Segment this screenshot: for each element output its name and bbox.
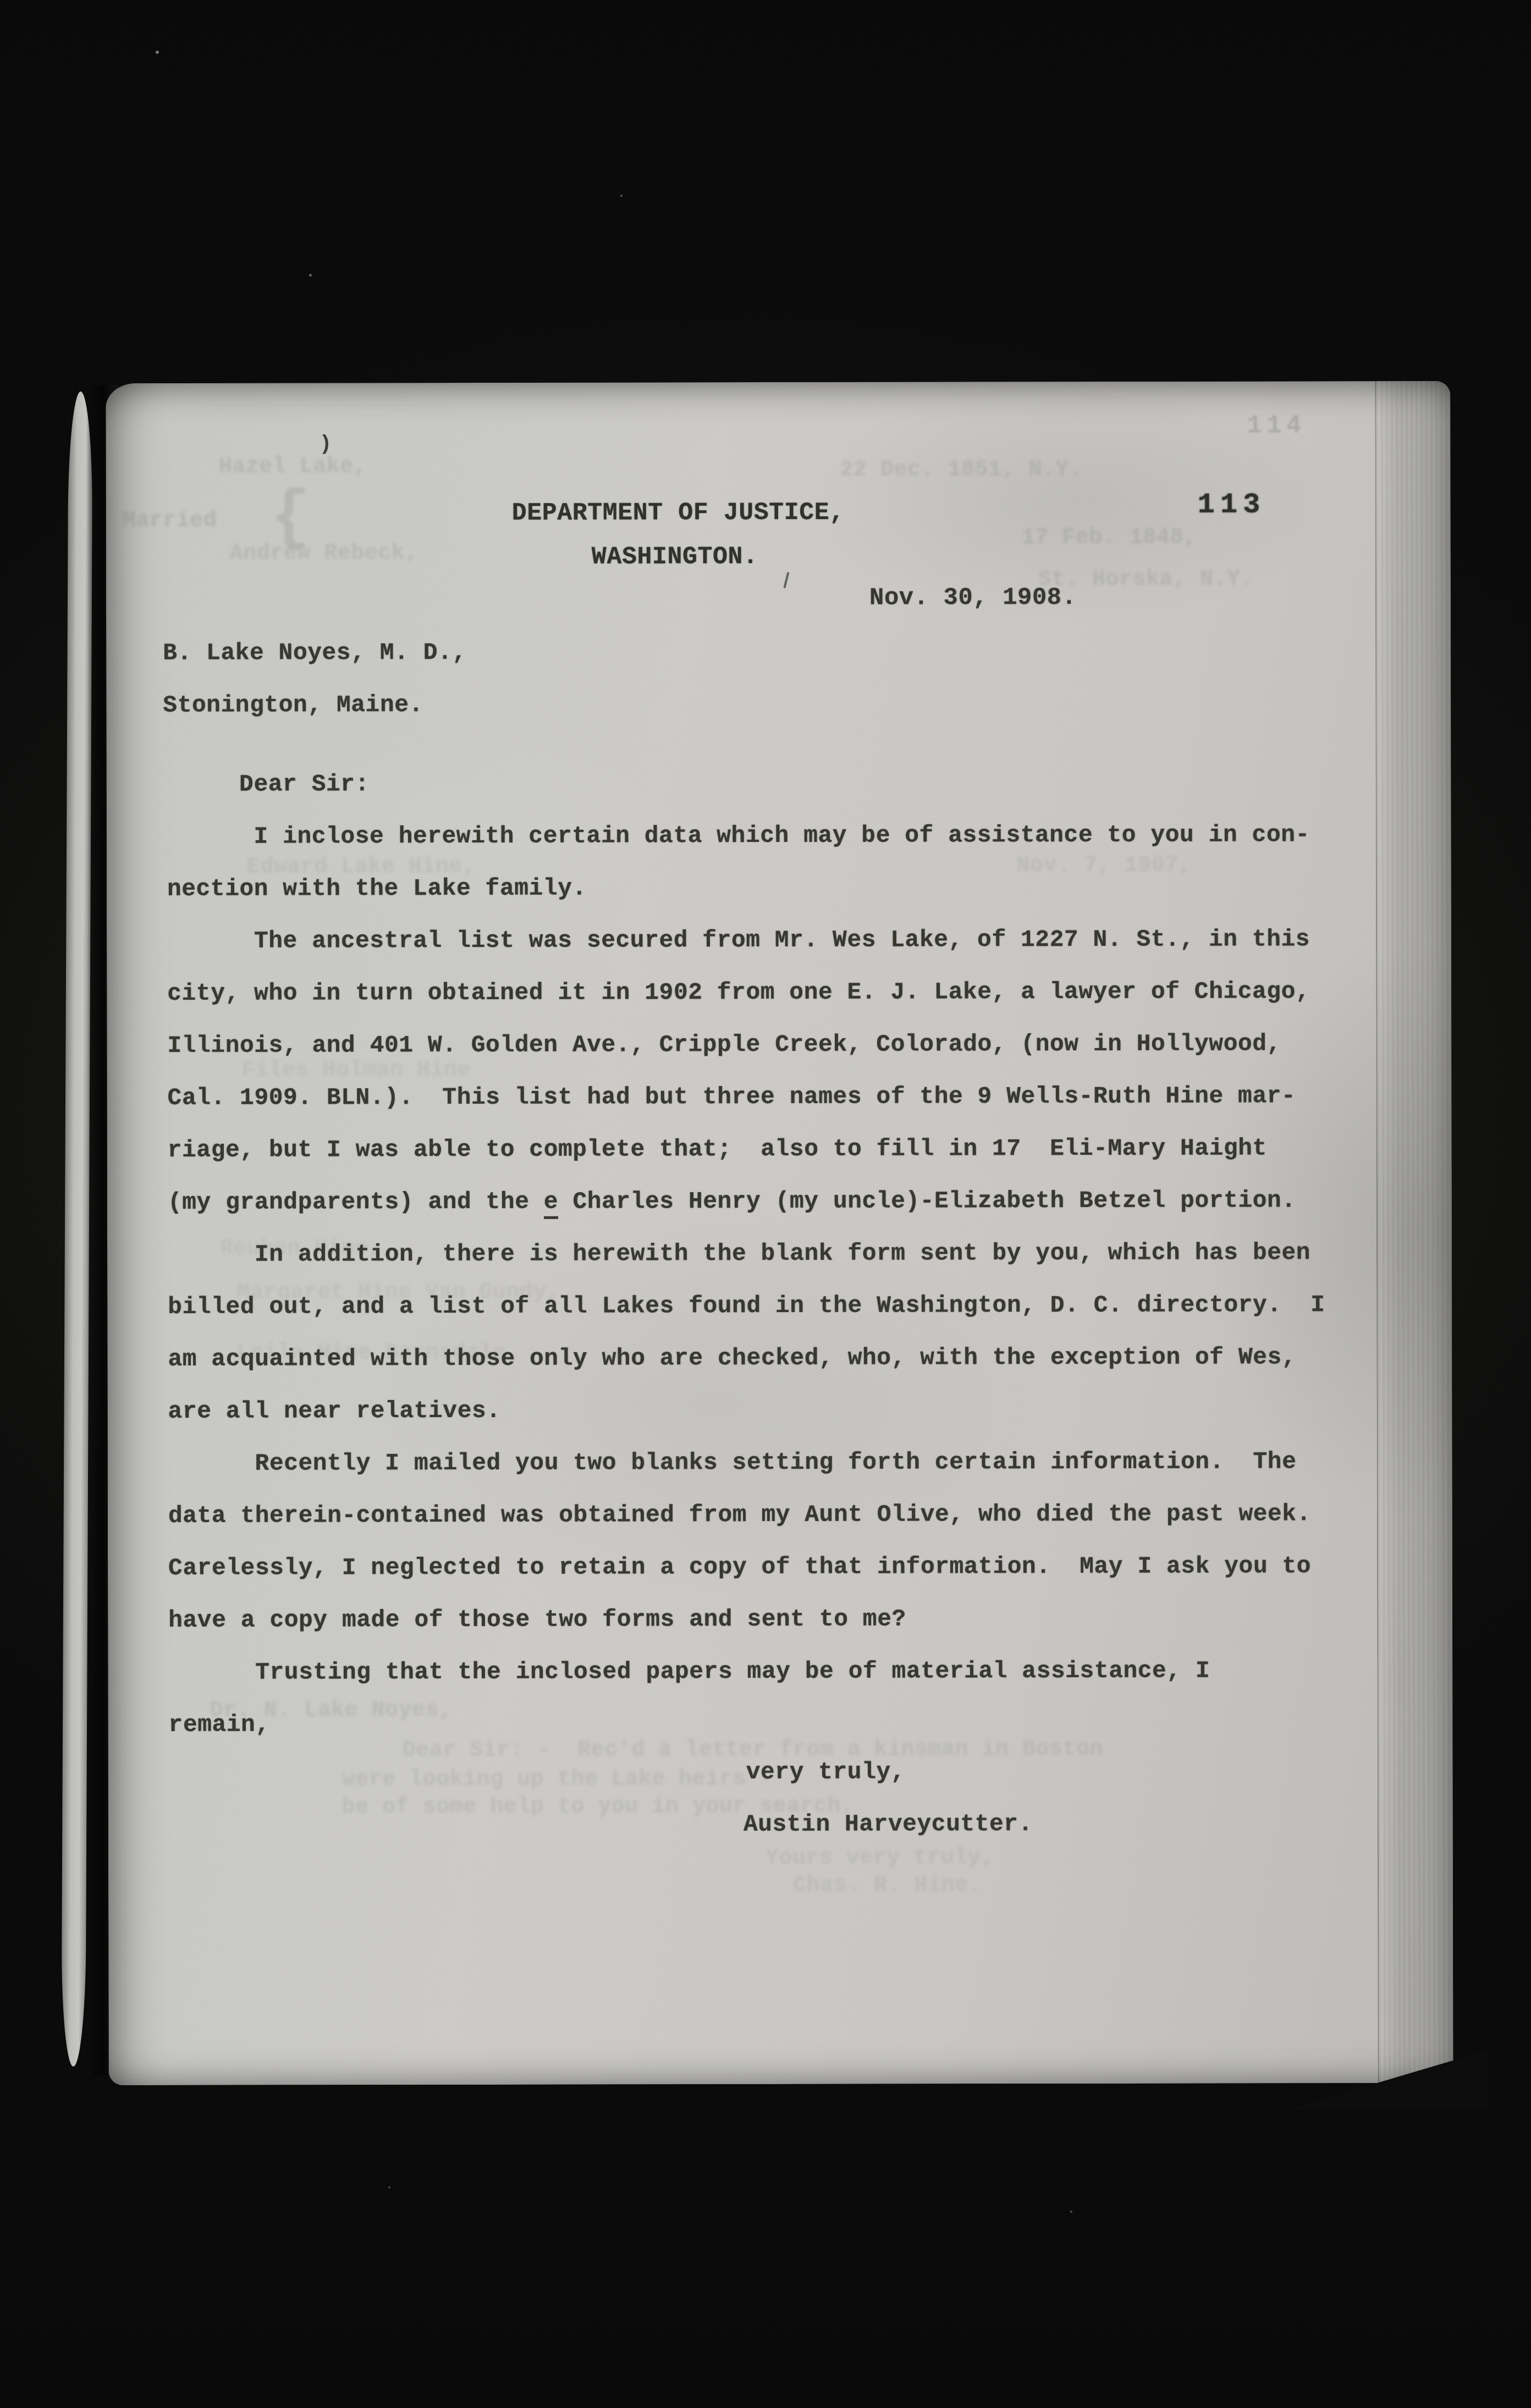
bleedthrough-text: were looking up the Lake heirs - <box>342 1767 773 1792</box>
dust-speck <box>309 274 312 277</box>
dust-speck <box>388 2186 390 2189</box>
letter-page: 114Hazel Lake,22 Dec. 1851, N.Y.{Married… <box>106 381 1453 2085</box>
dust-speck <box>156 51 159 54</box>
letterhead-line1: DEPARTMENT OF JUSTICE, <box>512 499 845 527</box>
body-line: Cal. 1909. BLN.). This list had but thre… <box>168 1082 1296 1117</box>
body-line: Carelessly, I neglected to retain a copy… <box>168 1552 1311 1588</box>
bleedthrough-text: 114 <box>1247 411 1306 440</box>
page-stack-edge <box>1375 381 1453 2083</box>
body-line: data therein-contained was obtained from… <box>168 1500 1311 1535</box>
body-line: remain, <box>169 1711 270 1744</box>
body-line: In addition, there is herewith the blank… <box>168 1239 1310 1274</box>
body-text: (my grandparents) and the <box>168 1188 544 1216</box>
page-number: 113 <box>1198 488 1266 521</box>
letterhead-line2: WASHINGTON. <box>592 543 758 571</box>
body-line: have a copy made of those two forms and … <box>168 1606 906 1640</box>
body-line: Dear Sir: <box>167 770 370 804</box>
underlined-text: e <box>544 1188 558 1219</box>
bleedthrough-text: Married <box>123 509 217 533</box>
recipient-address: Stonington, Maine. <box>163 691 423 719</box>
stray-paren-mark: ) <box>319 432 332 456</box>
scanned-book-photograph: { "document": { "page_number": "113", "g… <box>0 0 1531 2408</box>
body-line: billed out, and a list of all Lakes foun… <box>168 1291 1325 1326</box>
bleedthrough-text: Nov. 7, 1907, <box>1017 853 1192 879</box>
letter-body: Dear Sir: I inclose herewith certain dat… <box>167 769 1399 771</box>
bleedthrough-text: Yours very truly, <box>765 1845 995 1871</box>
body-line: nection with the Lake family. <box>167 875 587 908</box>
valediction: very truly, <box>746 1759 905 1786</box>
body-line: riage, but I was able to complete that; … <box>168 1134 1267 1169</box>
bleedthrough-text: Andrew Rebeck, <box>230 541 418 566</box>
body-text: Charles Henry (my uncle)-Elizabeth Betze… <box>558 1187 1296 1215</box>
bleedthrough-text: 17 Feb. 1848, <box>1022 526 1197 551</box>
body-line: are all near relatives. <box>168 1397 501 1431</box>
letter-date: Nov. 30, 1908. <box>869 584 1077 612</box>
body-line: am acquainted with those only who are ch… <box>168 1343 1296 1379</box>
body-line: Recently I mailed you two blanks setting… <box>168 1448 1297 1483</box>
body-line: (my grandparents) and the e Charles Henr… <box>168 1187 1296 1222</box>
bleedthrough-text: Chas. R. Hine. <box>793 1873 982 1898</box>
dust-speck <box>620 195 623 197</box>
bleedthrough-text: Hazel Lake, <box>219 454 367 479</box>
signature: Austin Harveycutter. <box>744 1810 1033 1838</box>
body-line: Trusting that the inclosed papers may be… <box>168 1657 1210 1692</box>
recipient-name: B. Lake Noyes, M. D., <box>163 639 466 666</box>
bleedthrough-text: 22 Dec. 1851, N.Y. <box>840 458 1083 483</box>
body-line: Illinois, and 401 W. Golden Ave., Crippl… <box>167 1030 1281 1065</box>
body-line: The ancestral list was secured from Mr. … <box>167 925 1310 961</box>
dust-speck <box>1070 2211 1072 2213</box>
body-line: I inclose herewith certain data which ma… <box>167 821 1310 856</box>
body-line: city, who in turn obtained it in 1902 fr… <box>167 978 1310 1013</box>
ink-tick-mark <box>783 572 789 588</box>
